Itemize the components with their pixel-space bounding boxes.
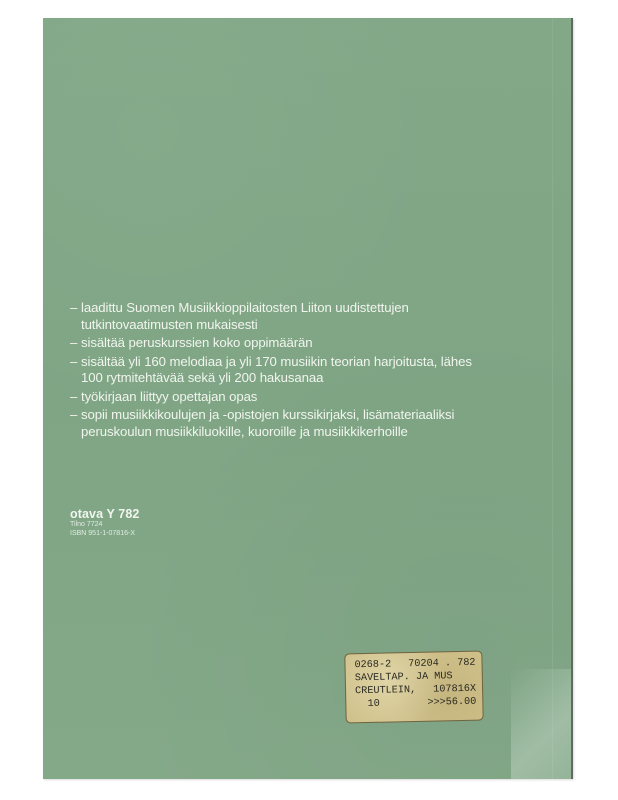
feature-item: – sopii musiikkikoulujen ja -opistojen k… — [70, 407, 490, 440]
dash-bullet: – — [70, 354, 77, 371]
series-code: otava Y 782 — [70, 507, 139, 521]
dash-bullet: – — [70, 389, 77, 406]
feature-text: laadittu Suomen Musiikkioppilaitosten Li… — [81, 300, 409, 332]
feature-text: sisältää yli 160 melodiaa ja yli 170 mus… — [81, 354, 472, 386]
sticker-text: 107816X — [433, 683, 476, 697]
sticker-text: CREUTLEIN, — [355, 684, 416, 698]
sticker-text: 0268-2 — [354, 658, 391, 672]
dash-bullet: – — [70, 300, 77, 317]
feature-text: sisältää peruskurssien koko oppimäärän — [81, 335, 313, 350]
feature-item: – laadittu Suomen Musiikkioppilaitosten … — [70, 300, 490, 333]
sticker-text: 10 — [355, 698, 380, 712]
feature-item: – sisältää peruskurssien koko oppimäärän — [70, 335, 490, 352]
feature-text: sopii musiikkikoulujen ja -opistojen kur… — [81, 407, 454, 439]
dash-bullet: – — [70, 407, 77, 424]
sticker-row: 10 >>>56.00 — [355, 696, 476, 712]
feature-item: – työkirjaan liittyy opettajan opas — [70, 389, 490, 406]
feature-list: – laadittu Suomen Musiikkioppilaitosten … — [70, 300, 490, 442]
dash-bullet: – — [70, 335, 77, 352]
cover-wear — [511, 669, 571, 779]
sticker-row: 0268-2 70204 . 782 — [354, 657, 475, 673]
sticker-text: 70204 . 782 — [408, 657, 476, 671]
price-sticker: 0268-2 70204 . 782 SAVELTAP. JA MUS CREU… — [344, 651, 483, 724]
feature-text: työkirjaan liittyy opettajan opas — [81, 389, 257, 404]
sticker-price: >>>56.00 — [427, 696, 476, 710]
feature-item: – sisältää yli 160 melodiaa ja yli 170 m… — [70, 354, 490, 387]
isbn: ISBN 951-1-07816-X — [70, 530, 139, 539]
tilno: Tilno 7724 — [70, 521, 139, 530]
publisher-info: otava Y 782 Tilno 7724 ISBN 951-1-07816-… — [70, 507, 139, 538]
